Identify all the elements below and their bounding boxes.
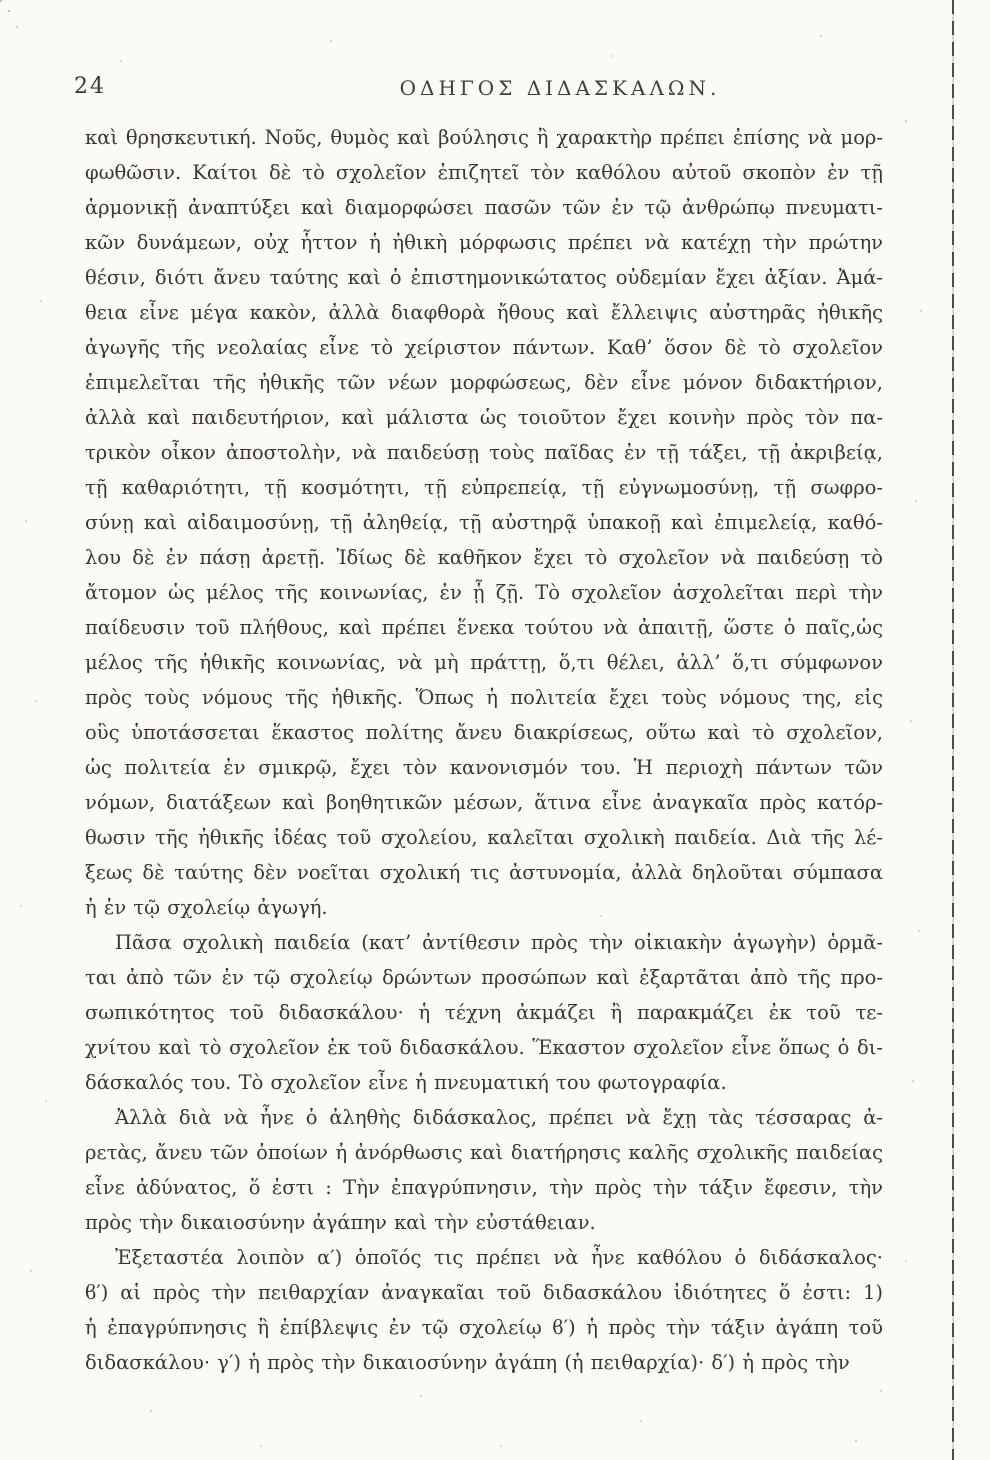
text-line: ἀλλὰ καὶ παιδευτήριον, καὶ μάλιστα ὡς το… — [85, 400, 883, 435]
text-line: φωθῶσιν. Καίτοι δὲ τὸ σχολεῖον ἐπιζητεῖ … — [85, 155, 883, 190]
text-line: σύνῃ καὶ αἰδαιμοσύνῃ, τῇ ἀληθείᾳ, τῇ αὐσ… — [85, 505, 883, 540]
text-line: Ἀλλὰ διὰ νὰ ἦνε ὁ ἀληθὴς διδάσκαλος, πρέ… — [85, 1100, 883, 1135]
text-line: πρὸς τοὺς νόμους τῆς ἠθικῆς. Ὅπως ἡ πολι… — [85, 680, 883, 715]
text-line: ρετὰς, ἄνευ τῶν ὁποίων ἡ ἀνόρθωσις καὶ δ… — [85, 1135, 883, 1170]
text-line: θέσιν, διότι ἄνευ ταύτης καὶ ὁ ἐπιστημον… — [85, 260, 883, 295]
text-line: νόμων, διατάξεων καὶ βοηθητικῶν μέσων, ἅ… — [85, 785, 883, 820]
text-line: πρὸς τὴν δικαιοσύνην ἀγάπην καὶ τὴν εὐστ… — [85, 1205, 883, 1240]
text-line: τρικὸν οἶκον ἀποστολὴν, νὰ παιδεύσῃ τοὺς… — [85, 435, 883, 470]
text-line: χνίτου καὶ τὸ σχολεῖον ἐκ τοῦ διδασκάλου… — [85, 1030, 883, 1065]
text-line: ται ἀπὸ τῶν ἐν τῷ σχολείῳ δρώντων προσώπ… — [85, 960, 883, 995]
text-line: ἀγωγῆς τῆς νεολαίας εἶνε τὸ χείριστον πά… — [85, 330, 883, 365]
text-line: ξεως δὲ ταύτης δὲν νοεῖται σχολική τις ἀ… — [85, 855, 883, 890]
page-number: 24 — [74, 74, 106, 99]
text-line: Ἐξεταστέα λοιπὸν α′) ὁποῖός τις πρέπει ν… — [85, 1240, 883, 1275]
text-line: ϐ′) αἱ πρὸς τὴν πειθαρχίαν ἀναγκαῖαι τοῦ… — [85, 1275, 883, 1310]
text-line: κῶν δυνάμεων, οὐχ ἧττον ἡ ἠθικὴ μόρφωσις… — [85, 225, 883, 260]
text-line: ἄτομον ὡς μέλος τῆς κοινωνίας, ἐν ᾗ ζῇ. … — [85, 575, 883, 610]
text-line: ἡ ἐν τῷ σχολείῳ ἀγωγή. — [85, 890, 883, 925]
text-line: καὶ θρησκευτική. Νοῦς, θυμὸς καὶ βούλησι… — [85, 120, 883, 155]
text-line: εἶνε ἀδύνατος, ὅ ἐστι : Τὴν ἐπαγρύπνησιν… — [85, 1170, 883, 1205]
text-line: παίδευσιν τοῦ πλήθους, καὶ πρέπει ἕνεκα … — [85, 610, 883, 645]
text-line: Πᾶσα σχολικὴ παιδεία (κατ’ ἀντίθεσιν πρὸ… — [85, 925, 883, 960]
text-line: τῇ καθαριότητι, τῇ κοσμότητι, τῇ εὐπρεπε… — [85, 470, 883, 505]
book-page: 24 ΟΔΗΓΟΣ ΔΙΔΑΣΚΑΛΩΝ. καὶ θρησκευτική. Ν… — [0, 0, 990, 1460]
running-title: ΟΔΗΓΟΣ ΔΙΔΑΣΚΑΛΩΝ. — [160, 76, 960, 100]
text-line: ἁρμονικῇ ἀναπτύξει καὶ διαμορφώσει πασῶν… — [85, 190, 883, 225]
text-line: ἡ ἐπαγρύπνησις ἢ ἐπίβλεψις ἐν τῷ σχολείῳ… — [85, 1310, 883, 1345]
page-edge-line — [952, 0, 954, 1460]
text-line: σωπικότητος τοῦ διδασκάλου· ἡ τέχνη ἀκμά… — [85, 995, 883, 1030]
text-line: διδασκάλου· γ′) ἡ πρὸς τὴν δικαιοσύνην ἀ… — [85, 1345, 883, 1380]
page-body: καὶ θρησκευτική. Νοῦς, θυμὸς καὶ βούλησι… — [85, 120, 883, 1380]
text-line: θεια εἶνε μέγα κακὸν, ἀλλὰ διαφθορὰ ἤθου… — [85, 295, 883, 330]
text-line: δάσκαλός του. Τὸ σχολεῖον εἶνε ἡ πνευματ… — [85, 1065, 883, 1100]
text-line: οὓς ὑποτάσσεται ἕκαστος πολίτης ἄνευ δια… — [85, 715, 883, 750]
text-line: ἐπιμελεῖται τῆς ἠθικῆς τῶν νέων μορφώσεω… — [85, 365, 883, 400]
text-line: μέλος τῆς ἠθικῆς κοινωνίας, νὰ μὴ πράττῃ… — [85, 645, 883, 680]
text-line: ὡς πολιτεία ἐν σμικρῷ, ἔχει τὸν κανονισμ… — [85, 750, 883, 785]
text-line: θωσιν τῆς ἠθικῆς ἰδέας τοῦ σχολείου, καλ… — [85, 820, 883, 855]
text-line: λου δὲ ἐν πάσῃ ἀρετῇ. Ἰδίως δὲ καθῆκον ἔ… — [85, 540, 883, 575]
